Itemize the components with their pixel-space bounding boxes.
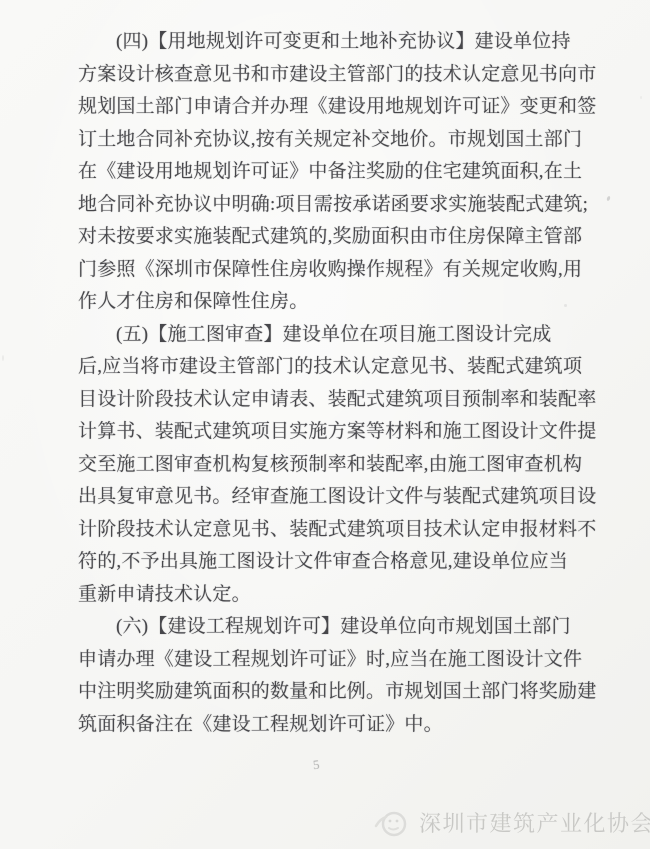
association-name: 深圳市建筑产业化协会: [419, 807, 650, 838]
text-line: 重新申请技术认定。: [78, 579, 594, 612]
text-line: 地合同补充协议中明确:项目需按承诺函要求实施装配式建筑;: [78, 189, 594, 222]
text-line: 目设计阶段技术认定申请表、装配式建筑项目预制率和装配率: [78, 384, 594, 417]
text-line: (六)【建设工程规划许可】建设单位向市规划国土部门: [78, 611, 594, 644]
text-line: 计阶段技术认定意见书、装配式建筑项目技术认定申报材料不: [78, 514, 594, 547]
text-line: 门参照《深圳市保障性住房收购操作规程》有关规定收购,用: [78, 254, 594, 287]
scan-speck: [606, 196, 611, 202]
text-line: 交至施工图审查机构复核预制率和装配率,由施工图审查机构: [78, 449, 594, 482]
page-number: 5: [312, 757, 320, 774]
watermark-footer: 深圳市建筑产业化协会: [370, 802, 650, 842]
text-line: 筑面积备注在《建设工程规划许可证》中。: [78, 709, 594, 742]
text-line: 计算书、装配式建筑项目实施方案等材料和施工图设计文件提: [78, 416, 594, 449]
document-body: (四)【用地规划许可变更和土地补充协议】建设单位持方案设计核查意见书和市建设主管…: [78, 26, 594, 741]
text-line: 在《建设用地规划许可证》中备注奖励的住宅建筑面积,在土: [78, 156, 594, 189]
text-line: 申请办理《建设工程规划许可证》时,应当在施工图设计文件: [78, 644, 594, 677]
paragraph-section-4: (四)【用地规划许可变更和土地补充协议】建设单位持方案设计核查意见书和市建设主管…: [78, 26, 594, 319]
scan-speck: [564, 304, 567, 307]
text-line: 方案设计核查意见书和市建设主管部门的技术认定意见书向市: [78, 59, 594, 92]
association-logo-icon: [370, 802, 410, 842]
text-line: (五)【施工图审查】建设单位在项目施工图设计完成: [78, 319, 594, 352]
text-line: 出具复审意见书。经审查施工图设计文件与装配式建筑项目设: [78, 481, 594, 514]
paragraph-section-5: (五)【施工图审查】建设单位在项目施工图设计完成后,应当将市建设主管部门的技术认…: [78, 319, 594, 612]
text-line: 后,应当将市建设主管部门的技术认定意见书、装配式建筑项: [78, 351, 594, 384]
scanned-document-page: (四)【用地规划许可变更和土地补充协议】建设单位持方案设计核查意见书和市建设主管…: [0, 0, 650, 849]
scan-speck: [2, 355, 4, 361]
text-line: 对未按要求实施装配式建筑的,奖励面积由市住房保障主管部: [78, 221, 594, 254]
text-line: 订土地合同补充协议,按有关规定补交地价。市规划国土部门: [78, 124, 594, 157]
text-line: 符的,不予出具施工图设计文件审查合格意见,建设单位应当: [78, 546, 594, 579]
text-line: 作人才住房和保障性住房。: [78, 286, 594, 319]
scan-speck: [640, 96, 642, 99]
text-line: 中注明奖励建筑面积的数量和比例。市规划国土部门将奖励建: [78, 676, 594, 709]
text-line: (四)【用地规划许可变更和土地补充协议】建设单位持: [78, 26, 594, 59]
text-line: 规划国土部门申请合并办理《建设用地规划许可证》变更和签: [78, 91, 594, 124]
paragraph-section-6: (六)【建设工程规划许可】建设单位向市规划国土部门申请办理《建设工程规划许可证》…: [78, 611, 594, 741]
